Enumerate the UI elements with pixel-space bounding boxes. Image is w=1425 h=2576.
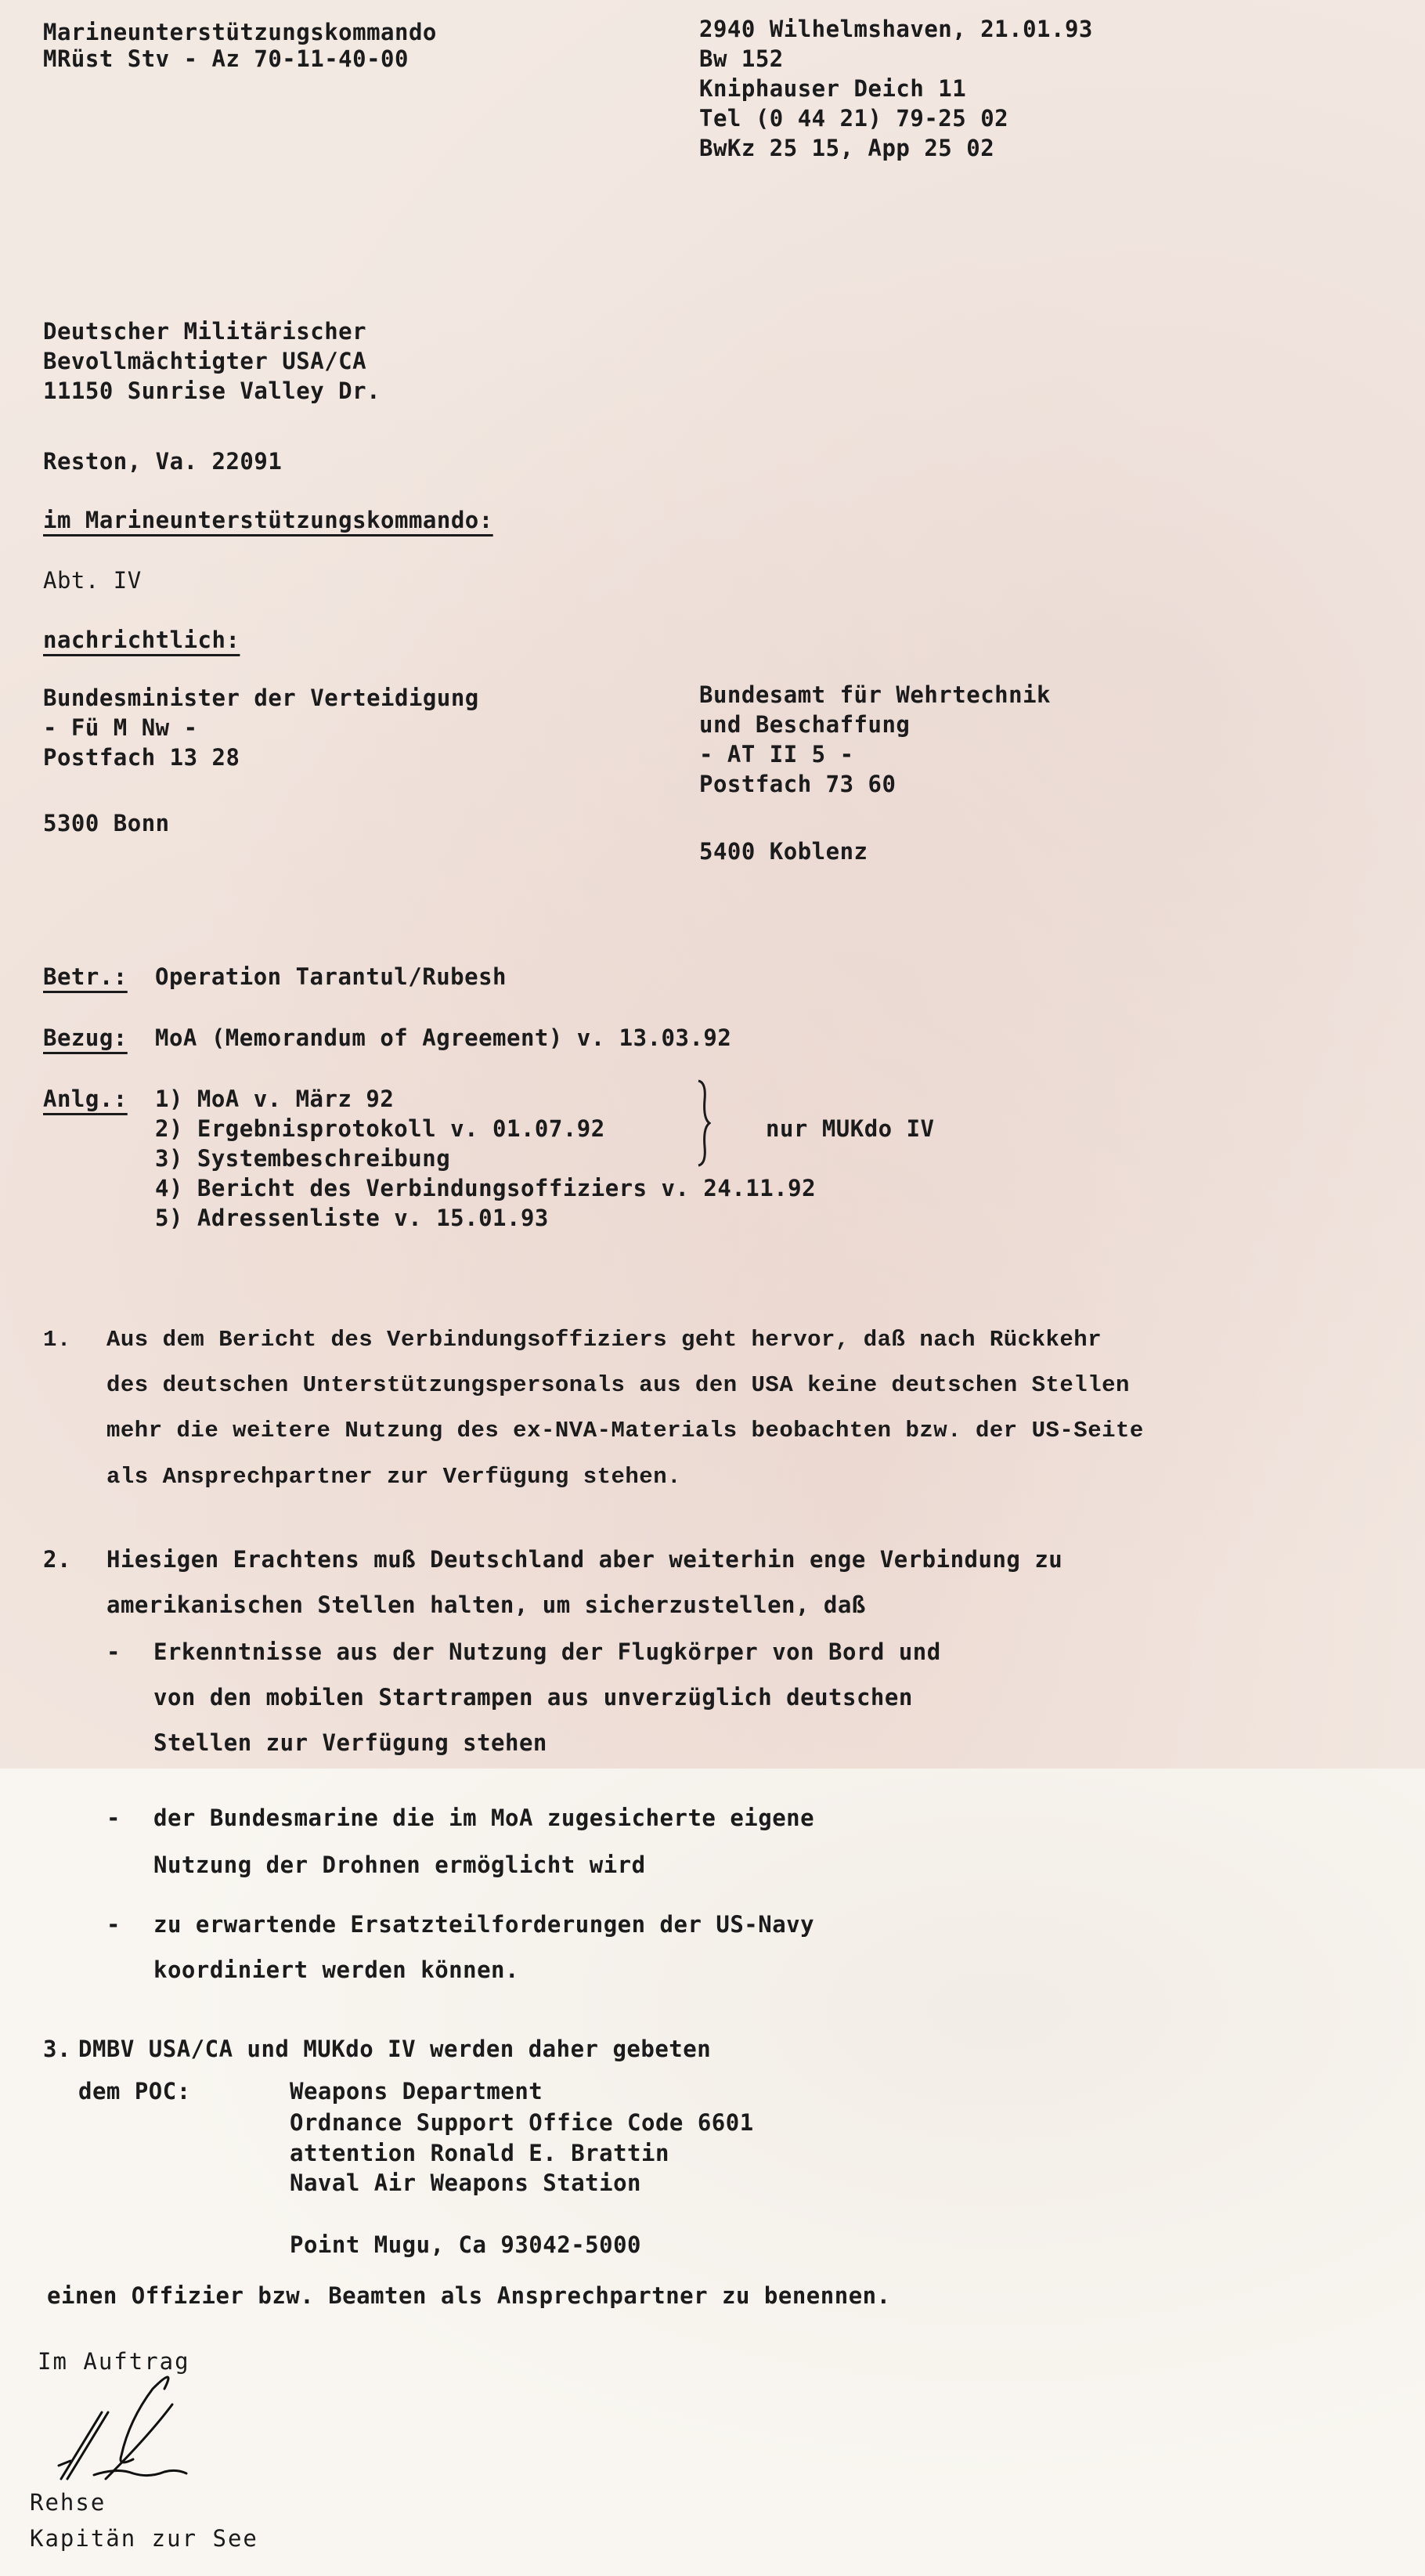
sender-org: Marineunterstützungskommando	[43, 17, 437, 47]
bullet-line: der Bundesmarine die im MoA zugesicherte…	[153, 1803, 814, 1833]
cc-right-line: und Beschaffung	[699, 710, 910, 739]
bullet-line: von den mobilen Startrampen aus unverzüg…	[153, 1682, 913, 1712]
paragraph-line: mehr die weitere Nutzung des ex-NVA-Mate…	[106, 1416, 1144, 1446]
place-date: 2940 Wilhelmshaven, 21.01.93	[699, 14, 1093, 44]
bullet-line: Nutzung der Drohnen ermöglicht wird	[153, 1850, 646, 1880]
poc-line: attention Ronald E. Brattin	[290, 2138, 669, 2168]
paragraph-line: Aus dem Bericht des Verbindungsoffiziers…	[106, 1325, 1102, 1355]
enclosure-item: 4) Bericht des Verbindungsoffiziers v. 2…	[155, 1173, 816, 1203]
sender-box: Bw 152	[699, 44, 784, 74]
paragraph-line: amerikanischen Stellen halten, um sicher…	[106, 1590, 866, 1620]
bullet-line: zu erwartende Ersatzteilforderungen der …	[153, 1909, 814, 1939]
sender-phone: Tel (0 44 21) 79-25 02	[699, 103, 1008, 133]
bullet-line: Erkenntnisse aus der Nutzung der Flugkör…	[153, 1637, 941, 1667]
cc-left-line: Postfach 13 28	[43, 742, 240, 772]
bullet-line: Stellen zur Verfügung stehen	[153, 1728, 547, 1758]
paper-upper-scan	[0, 0, 1425, 1769]
enclosures-label: Anlg.:	[43, 1084, 128, 1114]
enclosure-item: 1) MoA v. März 92	[155, 1084, 394, 1114]
paragraph-line: des deutschen Unterstützungspersonals au…	[106, 1371, 1130, 1400]
signer-rank: Kapitän zur See	[30, 2524, 258, 2553]
paragraph-number: 1.	[43, 1325, 71, 1355]
subject-text: Operation Tarantul/Rubesh	[155, 962, 507, 992]
cc-right-line: Bundesamt für Wehrtechnik	[699, 680, 1051, 710]
sender-street: Kniphauser Deich 11	[699, 74, 966, 103]
paragraph-line: DMBV USA/CA und MUKdo IV werden daher ge…	[78, 2034, 711, 2064]
poc-line: Ordnance Support Office Code 6601	[290, 2108, 754, 2137]
recipient-line: Bevollmächtigter USA/CA	[43, 346, 366, 376]
paragraph-number: 2.	[43, 1545, 71, 1574]
sender-reference: MRüst Stv - Az 70-11-40-00	[43, 44, 409, 74]
bullet-dash: -	[106, 1803, 121, 1833]
cc-left-city: 5300 Bonn	[43, 808, 170, 838]
subject-label: Betr.:	[43, 962, 128, 992]
internal-heading: im Marineunterstützungskommando:	[43, 505, 493, 535]
sender-bwkz: BwKz 25 15, App 25 02	[699, 133, 994, 163]
bullet-line: koordiniert werden können.	[153, 1955, 519, 1985]
reference-label: Bezug:	[43, 1023, 128, 1053]
enclosure-brace-note: nur MUKdo IV	[766, 1114, 935, 1143]
poc-line: Naval Air Weapons Station	[290, 2168, 641, 2198]
reference-text: MoA (Memorandum of Agreement) v. 13.03.9…	[155, 1023, 731, 1053]
recipient-line: 11150 Sunrise Valley Dr.	[43, 376, 381, 406]
cc-right-line: - AT II 5 -	[699, 739, 854, 769]
cc-right-city: 5400 Koblenz	[699, 836, 868, 866]
signer-name: Rehse	[30, 2487, 106, 2517]
paragraph-number: 3.	[43, 2034, 71, 2064]
poc-line: Weapons Department	[290, 2076, 543, 2106]
recipient-city: Reston, Va. 22091	[43, 446, 282, 476]
by-order: Im Auftrag	[38, 2347, 190, 2376]
recipient-line: Deutscher Militärischer	[43, 316, 366, 346]
bullet-dash: -	[106, 1909, 121, 1939]
paragraph-closing: einen Offizier bzw. Beamten als Ansprech…	[47, 2281, 891, 2310]
cc-left-line: - Fü M Nw -	[43, 713, 198, 742]
paragraph-line: Hiesigen Erachtens muß Deutschland aber …	[106, 1545, 1062, 1574]
handwritten-signature-icon	[39, 2373, 196, 2483]
paragraph-line: als Ansprechpartner zur Verfügung stehen…	[106, 1462, 681, 1492]
curly-brace-icon	[695, 1079, 711, 1167]
cc-heading: nachrichtlich:	[43, 625, 240, 655]
internal-dept: Abt. IV	[43, 565, 142, 595]
poc-label: dem POC:	[78, 2076, 191, 2106]
enclosure-item: 3) Systembeschreibung	[155, 1143, 450, 1173]
cc-left-line: Bundesminister der Verteidigung	[43, 683, 479, 713]
enclosure-item: 2) Ergebnisprotokoll v. 01.07.92	[155, 1114, 605, 1143]
cc-right-line: Postfach 73 60	[699, 769, 896, 799]
bullet-dash: -	[106, 1637, 121, 1667]
paper-lower-scan	[0, 1769, 1425, 2576]
poc-city: Point Mugu, Ca 93042-5000	[290, 2230, 641, 2260]
enclosure-item: 5) Adressenliste v. 15.01.93	[155, 1203, 549, 1233]
